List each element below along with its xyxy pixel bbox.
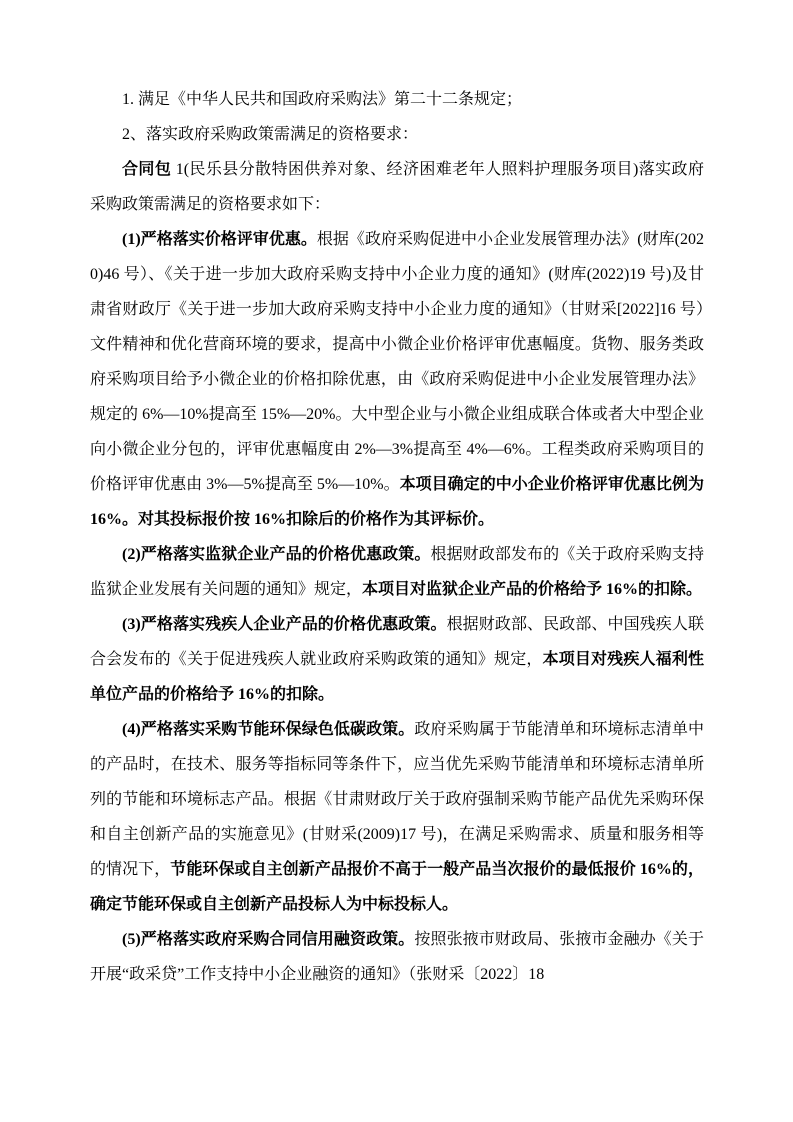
- paragraph-contract-package: 合同包 1(民乐县分散特困供养对象、经济困难老年人照料护理服务项目)落实政府采购…: [90, 152, 704, 222]
- text-run-bold: (4)严格落实采购节能环保绿色低碳政策。: [122, 721, 414, 738]
- text-run: 1. 满足《中华人民共和国政府采购法》第二十二条规定；: [122, 91, 522, 108]
- text-run-bold: (3)严格落实残疾人企业产品的价格优惠政策。: [122, 616, 447, 633]
- paragraph-policy-1-price-review: (1)严格落实价格评审优惠。根据《政府采购促进中小企业发展管理办法》(财库(20…: [90, 222, 704, 537]
- text-run-bold: 本项目对监狱企业产品的价格给予 16%的扣除。: [362, 581, 702, 598]
- paragraph-clause-2: 2、落实政府采购政策需满足的资格要求：: [90, 117, 704, 152]
- text-run-bold: 合同包: [122, 161, 176, 178]
- text-run: 1(民乐县分散特困供养对象、经济困难老年人照料护理服务项目)落实政府采购政策需满…: [90, 161, 704, 213]
- paragraph-policy-3-disabled-welfare: (3)严格落实残疾人企业产品的价格优惠政策。根据财政部、民政部、中国残疾人联合会…: [90, 607, 704, 712]
- text-run: 2、落实政府采购政策需满足的资格要求：: [122, 126, 418, 143]
- paragraph-policy-4-energy-saving: (4)严格落实采购节能环保绿色低碳政策。政府采购属于节能清单和环境标志清单中的产…: [90, 712, 704, 922]
- text-run: 政府采购属于节能清单和环境标志清单中的产品时，在技术、服务等指标同等条件下，应当…: [90, 721, 704, 878]
- document-body: 1. 满足《中华人民共和国政府采购法》第二十二条规定； 2、落实政府采购政策需满…: [90, 82, 704, 992]
- paragraph-policy-5-credit-financing: (5)严格落实政府采购合同信用融资政策。按照张掖市财政局、张掖市金融办《关于开展…: [90, 922, 704, 992]
- text-run-bold: (1)严格落实价格评审优惠。: [122, 231, 317, 248]
- text-run-bold: 节能环保或自主创新产品报价不高于一般产品当次报价的最低报价 16%的，确定节能环…: [90, 861, 704, 913]
- text-run-bold: (2)严格落实监狱企业产品的价格优惠政策。: [122, 546, 430, 563]
- paragraph-policy-2-prison-enterprise: (2)严格落实监狱企业产品的价格优惠政策。根据财政部发布的《关于政府采购支持监狱…: [90, 537, 704, 607]
- paragraph-clause-1: 1. 满足《中华人民共和国政府采购法》第二十二条规定；: [90, 82, 704, 117]
- text-run: 根据《政府采购促进中小企业发展管理办法》(财库(2020)46 号）、《关于进一…: [90, 231, 704, 493]
- document-page: 1. 满足《中华人民共和国政府采购法》第二十二条规定； 2、落实政府采购政策需满…: [0, 0, 793, 1122]
- text-run-bold: (5)严格落实政府采购合同信用融资政策。: [122, 931, 414, 948]
